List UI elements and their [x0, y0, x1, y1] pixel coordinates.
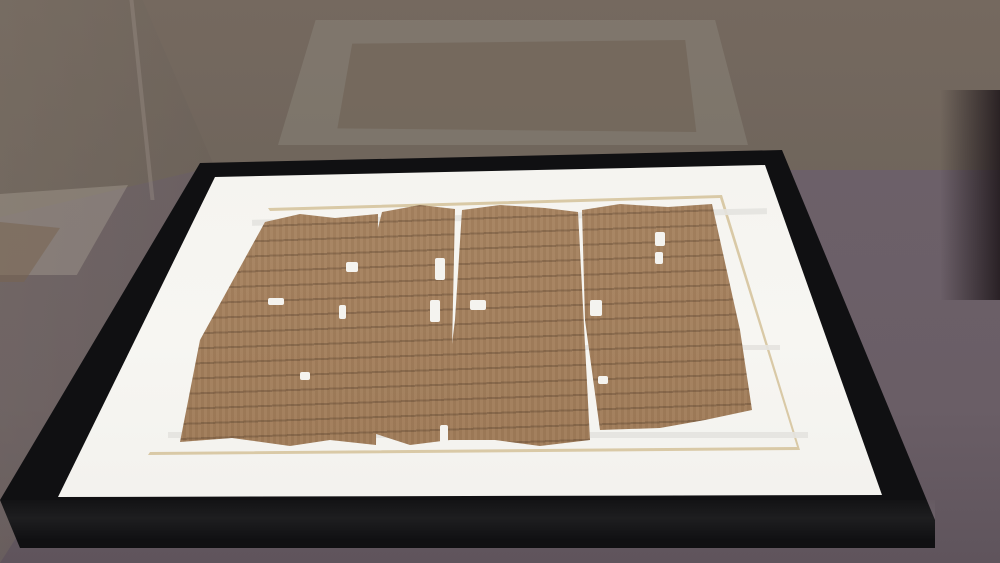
papyrus-hole	[268, 298, 284, 305]
papyrus-hole	[339, 305, 346, 319]
papyrus-hole	[590, 300, 602, 316]
papyrus-hole	[655, 252, 663, 264]
papyrus-hole	[598, 376, 608, 384]
shadow-right	[940, 90, 1000, 300]
papyrus-hole	[440, 425, 448, 443]
papyrus-reflection	[330, 40, 700, 132]
papyrus-hole	[470, 300, 486, 310]
papyrus-hole	[655, 232, 665, 246]
museum-display-scene	[0, 0, 1000, 563]
papyrus-hole	[346, 262, 358, 272]
papyrus-hole	[430, 300, 440, 322]
papyrus-hole	[435, 258, 445, 280]
papyrus-hole	[300, 372, 310, 380]
